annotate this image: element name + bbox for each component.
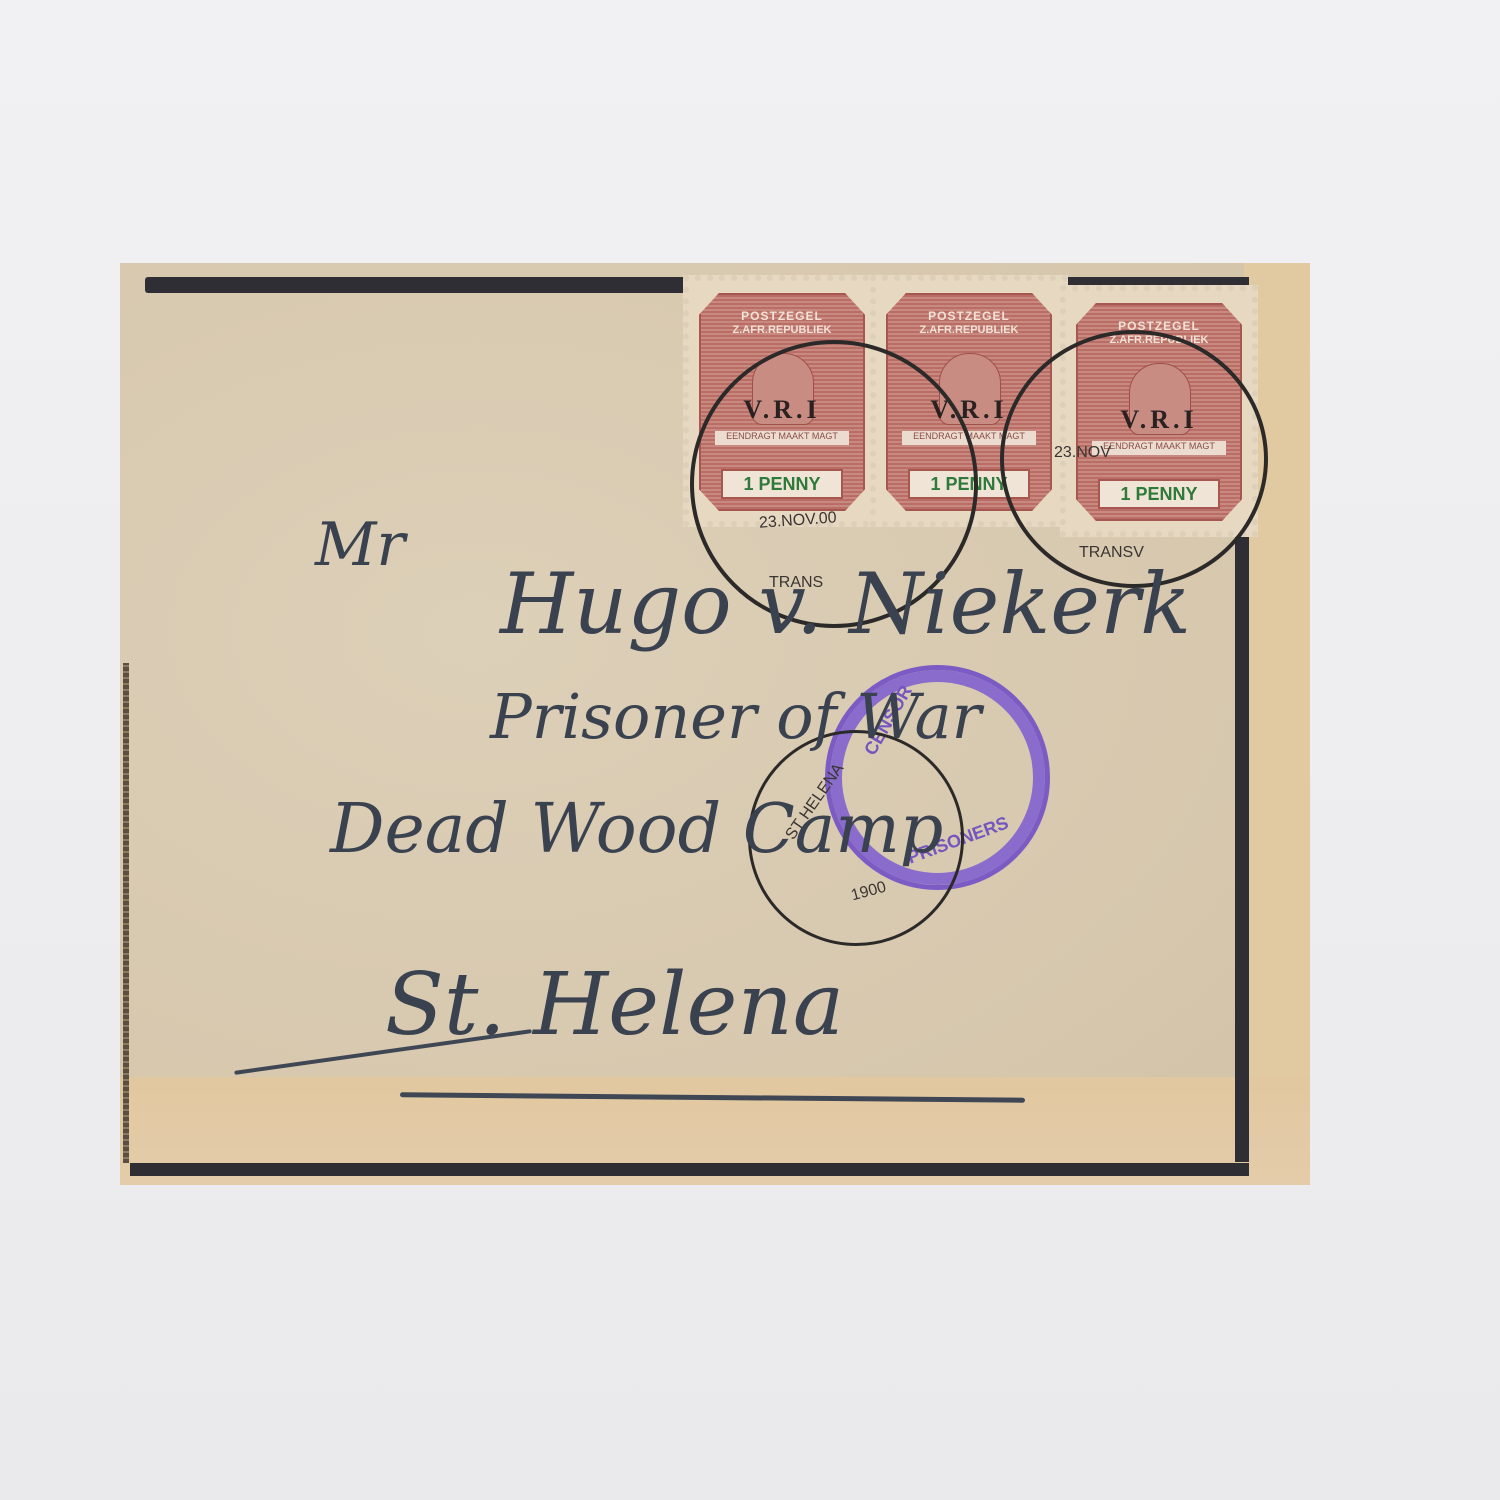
postmark-date: 23.NOV	[1054, 444, 1111, 462]
stamp-title: POSTZEGEL	[888, 309, 1050, 323]
stamp-subtitle: Z.AFR.REPUBLIEK	[701, 324, 863, 336]
torn-left-edge	[123, 663, 129, 1163]
address-line-2: Prisoner of War	[490, 680, 981, 753]
stamp-title: POSTZEGEL	[1078, 319, 1240, 333]
stamp-title: POSTZEGEL	[701, 309, 863, 323]
stamp-subtitle: Z.AFR.REPUBLIEK	[888, 324, 1050, 336]
postmark-origin-right: 23.NOV TRANSV	[1000, 330, 1268, 588]
mourning-border-bottom	[130, 1163, 1249, 1176]
postmark-date: 23.NOV.00	[758, 509, 837, 532]
postmark-year: 1900	[849, 879, 888, 906]
address-name: Hugo v. Niekerk	[500, 555, 1191, 653]
address-salutation: Mr	[315, 510, 405, 580]
address-line-3: Dead Wood Camp	[330, 790, 943, 869]
